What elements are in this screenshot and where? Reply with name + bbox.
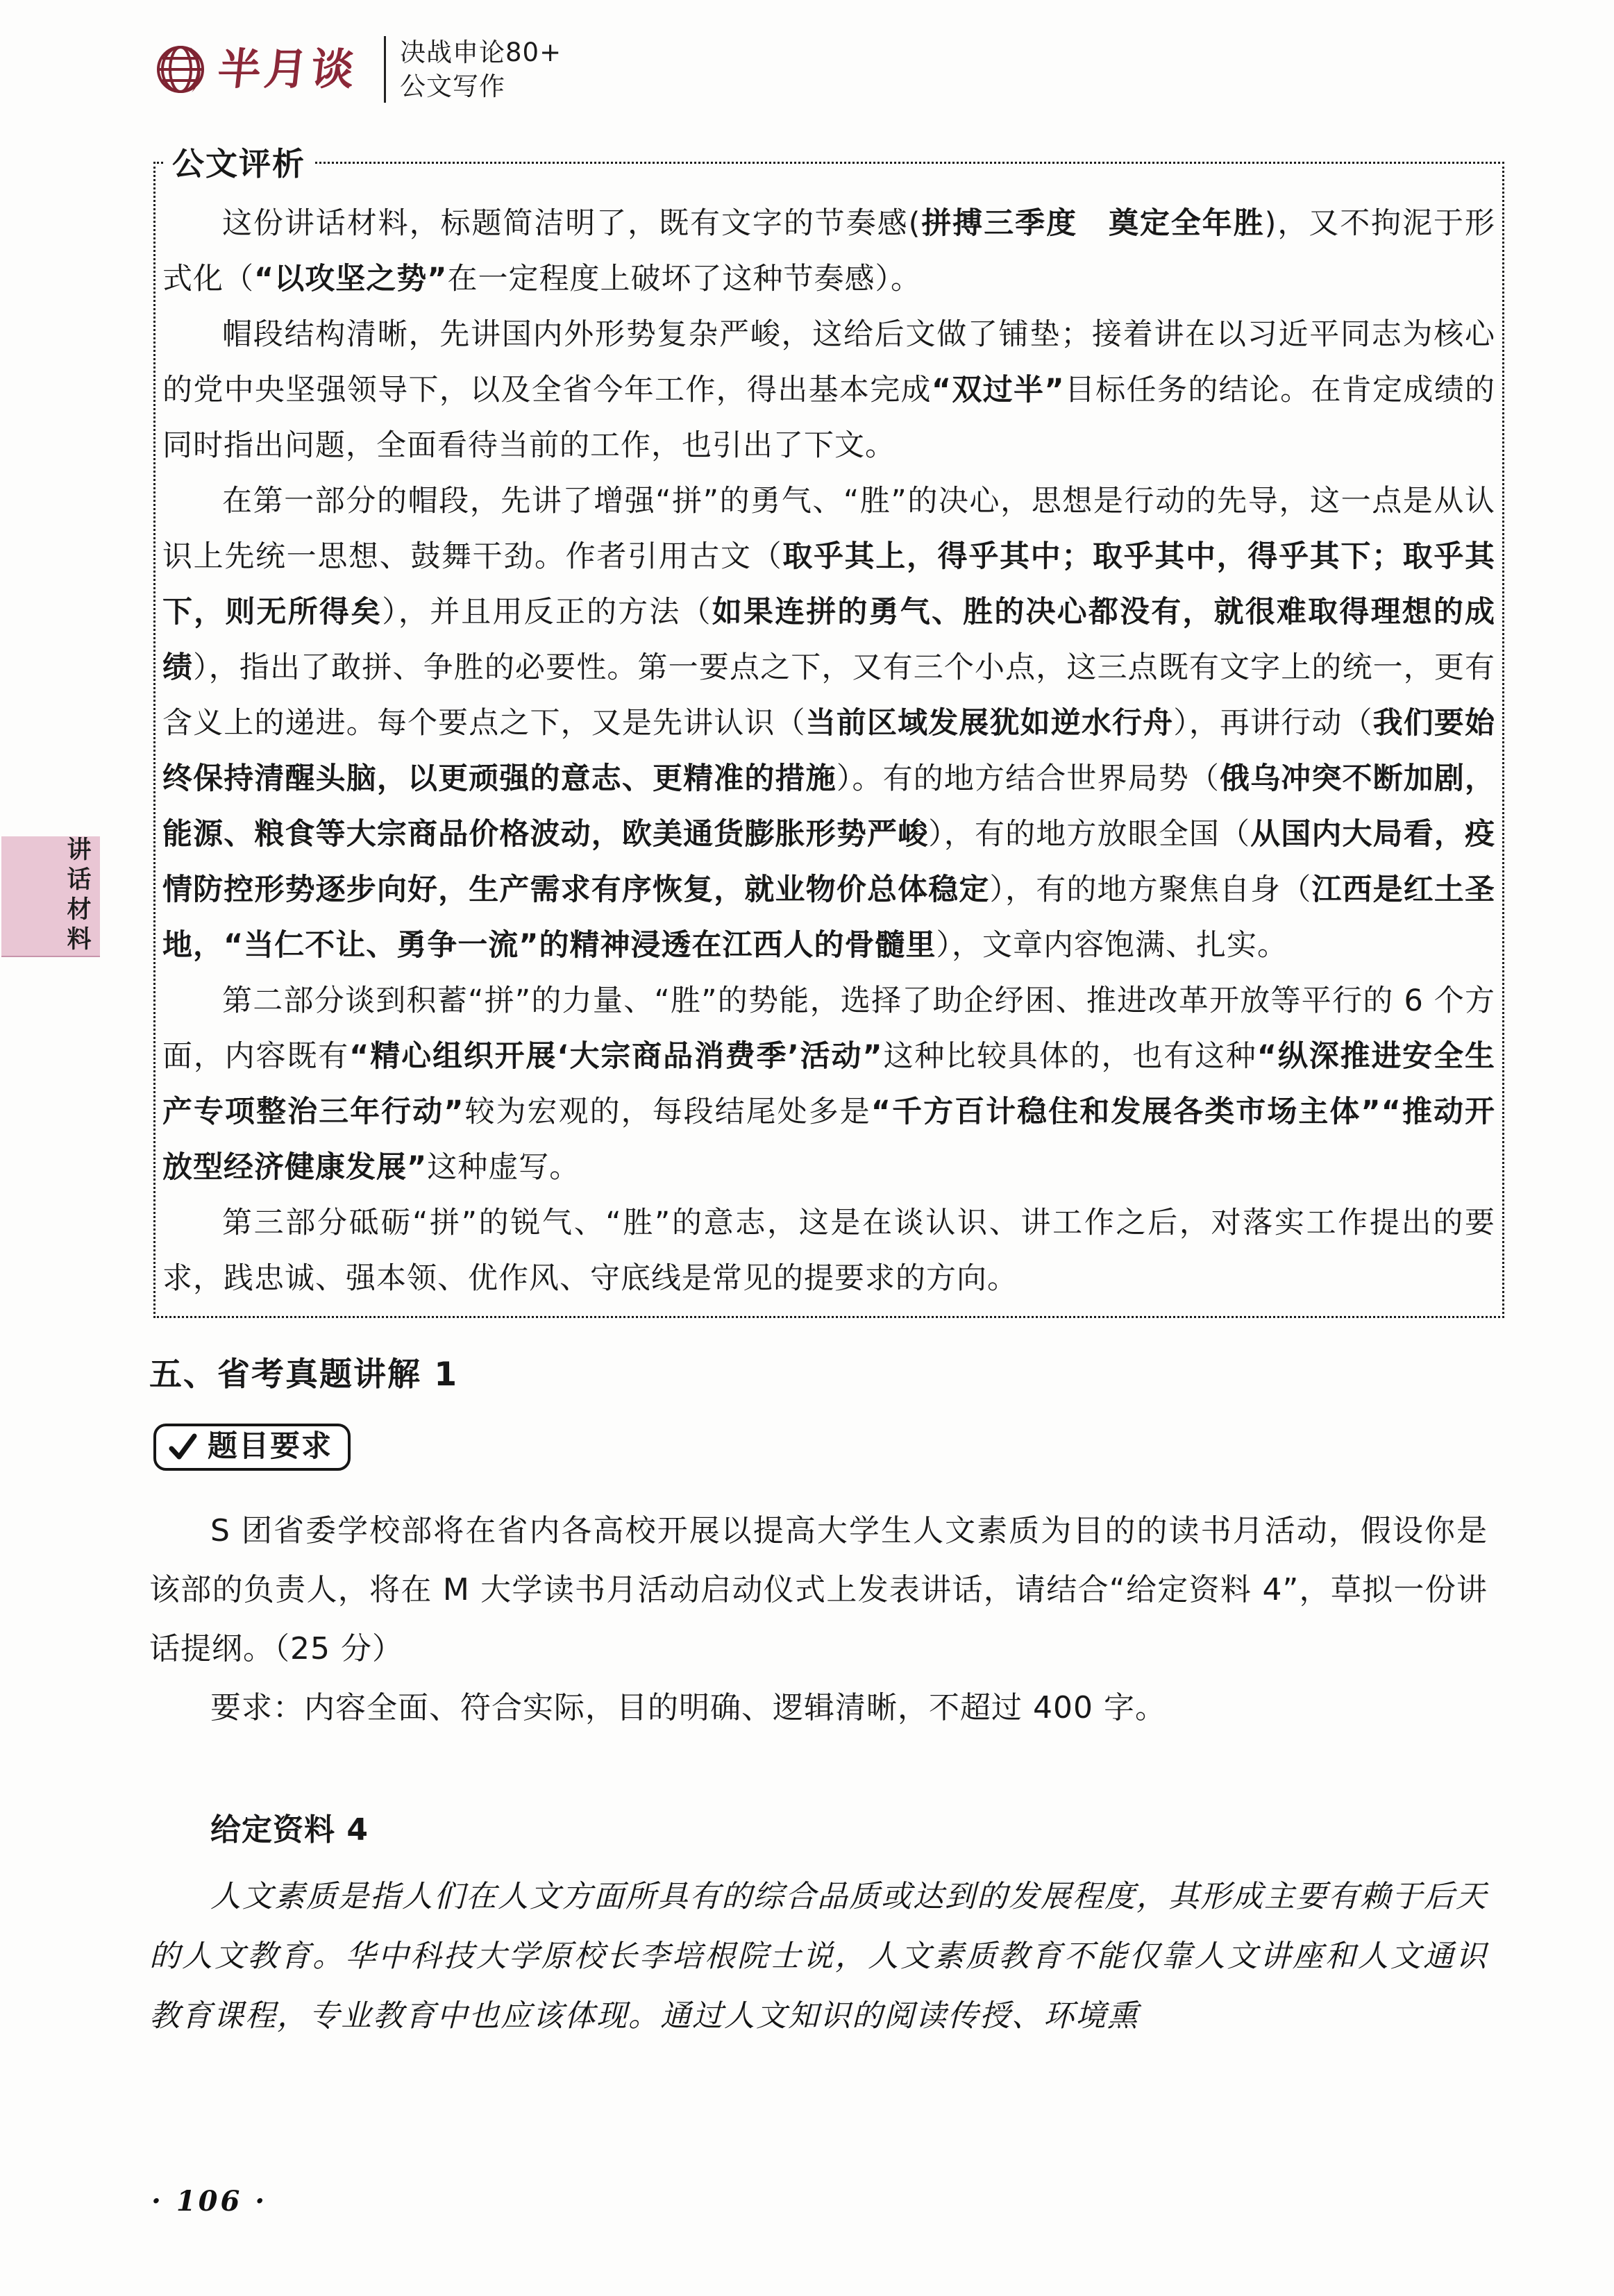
series-title-block: 决战申论80+ 公文写作 — [400, 38, 562, 101]
review-box: 公文评析 这份讲话材料，标题简洁明了，既有文字的节奏感(拼搏三季度 奠定全年胜)… — [153, 162, 1504, 1318]
header-divider — [384, 36, 386, 103]
requirement-badge: 题目要求 — [153, 1424, 351, 1471]
review-box-body: 这份讲话材料，标题简洁明了，既有文字的节奏感(拼搏三季度 奠定全年胜)，又不拘泥… — [162, 196, 1495, 1306]
question-text: S 团省委学校部将在省内各高校开展以提高大学生人文素质为目的的读书月活动，假设你… — [149, 1501, 1488, 1737]
page-header: 半月谈 决战申论80+ 公文写作 — [154, 33, 562, 105]
paragraph: 人文素质是指人们在人文方面所具有的综合品质或达到的发展程度，其形成主要有赖于后天… — [149, 1867, 1488, 2046]
paragraph: 这份讲话材料，标题简洁明了，既有文字的节奏感(拼搏三季度 奠定全年胜)，又不拘泥… — [162, 196, 1495, 307]
review-box-title: 公文评析 — [164, 141, 314, 187]
checkmark-icon — [166, 1430, 199, 1464]
brand-logo-text: 半月谈 — [216, 48, 360, 91]
paragraph: 第三部分砥砺“拼”的锐气、“胜”的意志，这是在谈认识、讲工作之后，对落实工作提出… — [162, 1195, 1495, 1306]
material-heading: 给定资料 4 — [149, 1812, 1488, 1849]
paragraph: 帽段结构清晰，先讲国内外形势复杂严峻，这给后文做了铺垫；接着讲在以习近平同志为核… — [162, 307, 1495, 473]
paragraph: 在第一部分的帽段，先讲了增强“拼”的勇气、“胜”的决心，思想是行动的先导，这一点… — [162, 473, 1495, 973]
side-tab-label: 讲话材料 — [65, 836, 89, 956]
side-tab-speech-material: 讲话材料 — [1, 836, 100, 957]
series-line-1: 决战申论80+ — [400, 38, 562, 67]
material-text: 人文素质是指人们在人文方面所具有的综合品质或达到的发展程度，其形成主要有赖于后天… — [149, 1867, 1488, 2046]
page-content: 公文评析 这份讲话材料，标题简洁明了，既有文字的节奏感(拼搏三季度 奠定全年胜)… — [149, 162, 1488, 2046]
requirement-badge-label: 题目要求 — [208, 1429, 333, 1465]
series-line-2: 公文写作 — [400, 72, 562, 101]
globe-icon — [154, 42, 210, 97]
paragraph: 要求：内容全面、符合实际，目的明确、逻辑清晰，不超过 400 字。 — [149, 1678, 1488, 1737]
page-number: · 106 · — [151, 2185, 267, 2218]
paragraph: 第二部分谈到积蓄“拼”的力量、“胜”的势能，选择了助企纾困、推进改革开放等平行的… — [162, 973, 1495, 1195]
section-heading: 五、省考真题讲解 1 — [149, 1356, 1488, 1394]
paragraph: S 团省委学校部将在省内各高校开展以提高大学生人文素质为目的的读书月活动，假设你… — [149, 1501, 1488, 1678]
